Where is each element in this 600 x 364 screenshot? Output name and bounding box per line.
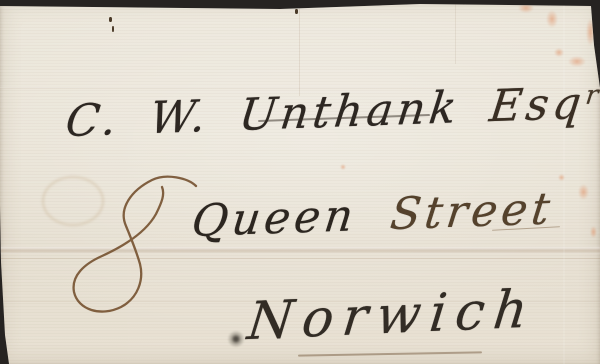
scan-background: 8 C. W. Unthank Esqr Queen Street Norwic… [0,0,600,364]
street-word-queen: Queen [189,190,360,247]
fold-crease-vertical-left [299,4,300,96]
paper-speck [109,17,112,22]
red-ink-stain [518,3,534,13]
address-city-line: Norwich [247,283,537,348]
street-word-street: Street [388,183,557,240]
city-text: Norwich [245,283,539,348]
fold-crease-vertical-right [563,0,565,364]
red-ink-stain [340,164,346,170]
red-ink-stain [578,184,589,200]
red-ink-stain [568,56,586,67]
letter-paper: 8 C. W. Unthank Esqr Queen Street Norwic… [0,0,600,364]
manuscript-rate-8-mark [66,174,216,328]
red-ink-stain [546,10,558,28]
fold-crease-vertical-mid [455,2,456,64]
recipient-honorific-superscript: r [584,80,600,111]
address-recipient-line: C. W. Unthank Esqr [65,81,598,144]
address-street-line: Queen Street [191,187,554,244]
recipient-honorific-text: Esq [487,78,588,133]
paper-speck [295,9,298,14]
paper-speck [112,26,114,32]
red-ink-stain [586,18,595,46]
red-ink-stain [558,174,565,181]
city-underline-flourish [298,351,482,356]
red-ink-stain [554,48,564,57]
recipient-name-text: C. W. Unthank [63,82,463,147]
red-ink-stain [590,226,597,238]
